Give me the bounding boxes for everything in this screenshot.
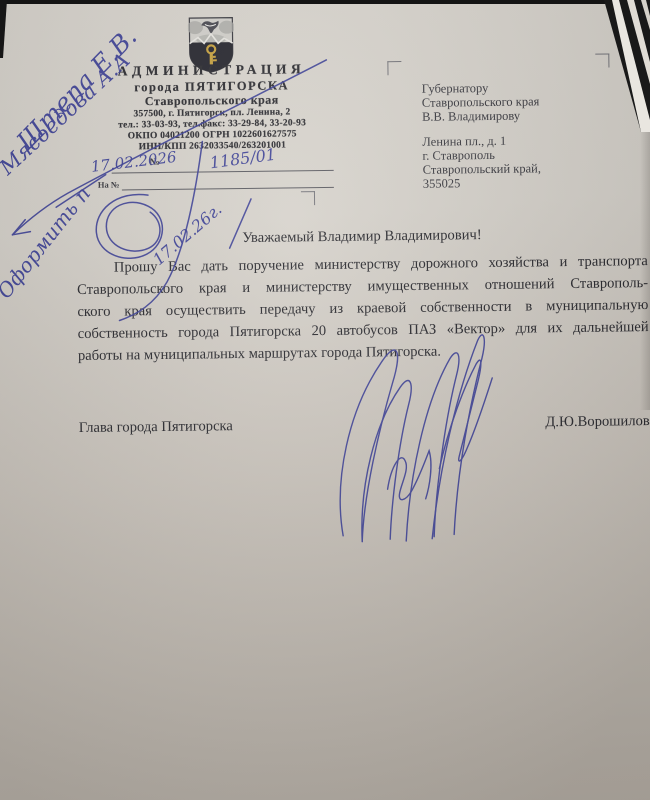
scanned-letter-photo: { "letterhead": { "org_line1": "АДМИНИСТ…	[0, 0, 650, 800]
registration-date-handwritten: 17.02.2026	[90, 148, 178, 176]
resolution-slash	[229, 199, 252, 248]
photo-corner-edges	[0, 0, 650, 140]
resolution-instruction-note: Оформить п	[0, 182, 95, 303]
registration-number-handwritten: 1185/01	[209, 145, 277, 173]
signer-signature	[338, 335, 494, 542]
resolution-date-note: 17.02.26г.	[149, 200, 225, 269]
resolution-signature-scribble	[96, 194, 163, 258]
paper-crease	[640, 110, 650, 410]
